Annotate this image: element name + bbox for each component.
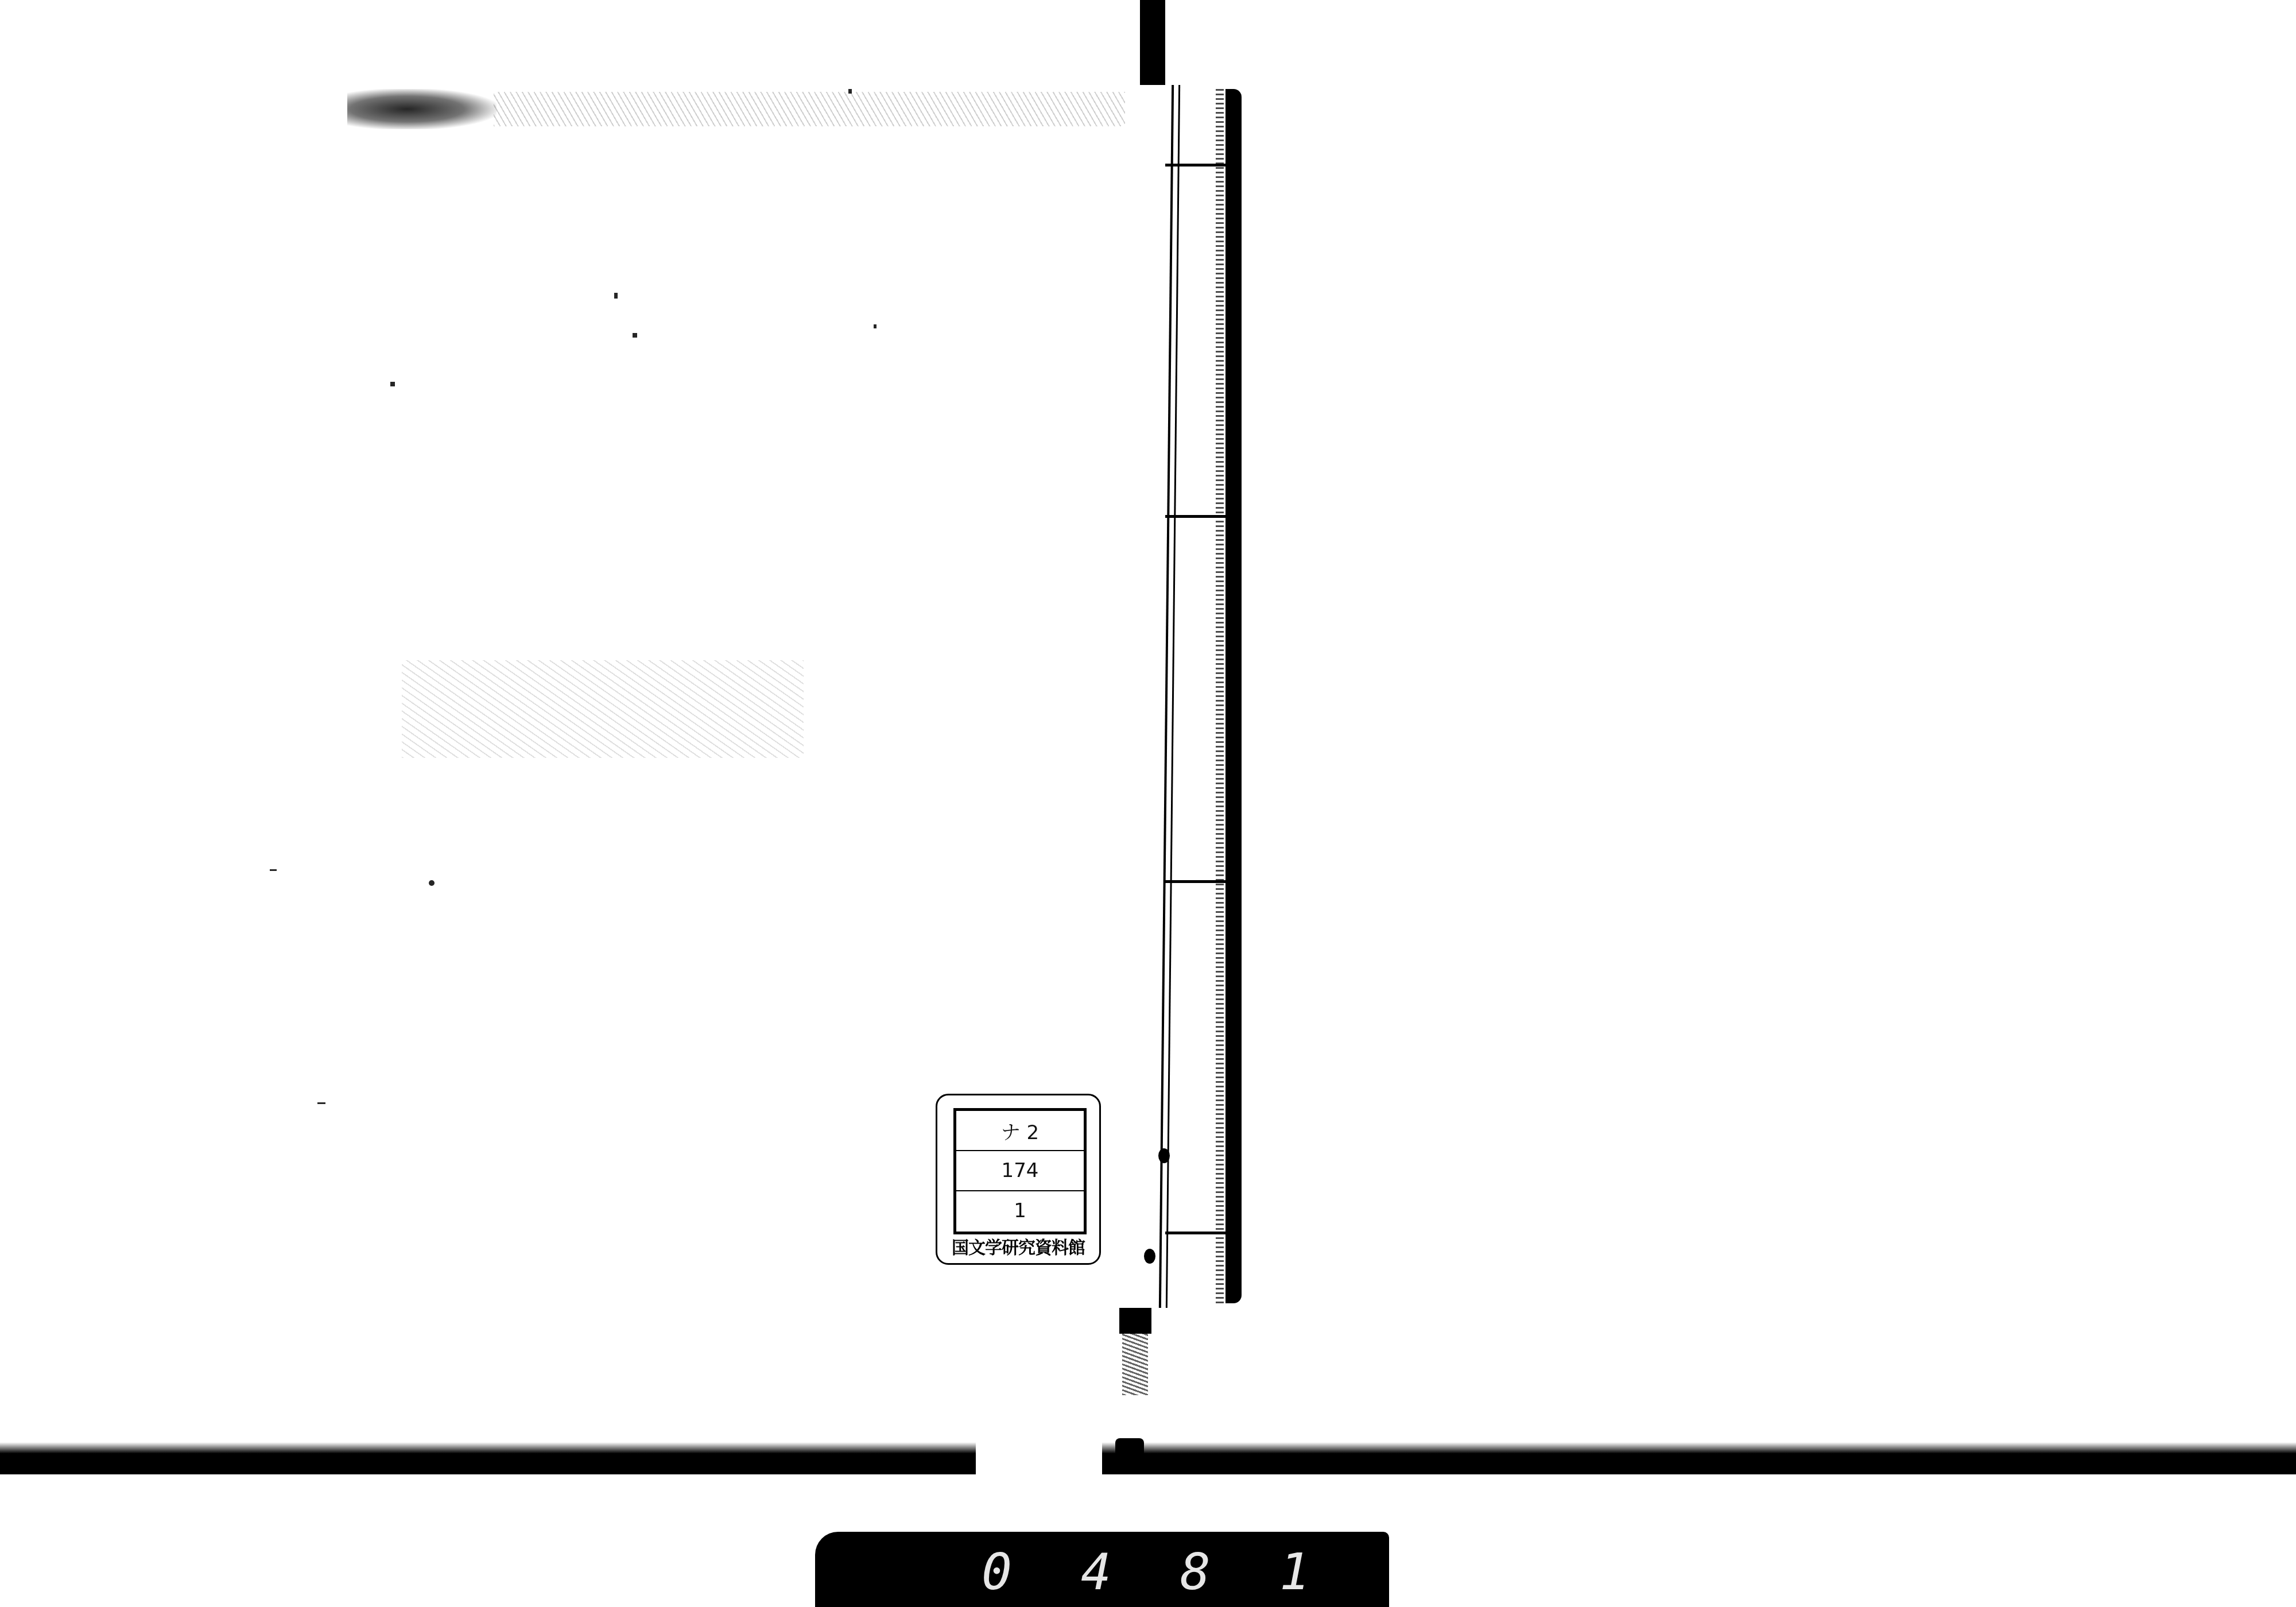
binding-stitch [1165,880,1228,883]
speck [874,324,876,328]
binding-thread-line [1166,85,1180,1308]
scanner-clamp-bottom [1119,1308,1151,1334]
call-number-row-1: ナ 2 [956,1111,1084,1151]
binding-stitch [1165,515,1228,518]
counter-digit: 1 [1279,1542,1310,1601]
speck [429,880,435,886]
speck [614,293,618,299]
call-number-row-3: 1 [956,1191,1084,1230]
spine-board [1225,89,1242,1303]
call-number-box: ナ 2 174 1 [953,1108,1087,1234]
clamp-shadow [1122,1332,1148,1395]
binding-hole [1158,1148,1170,1163]
counter-digit: 8 [1180,1542,1211,1601]
base-highlight [976,1435,1102,1476]
cover-top-wear [494,92,1125,126]
scanner-base-post [1115,1438,1144,1473]
scanner-base-edge [0,1442,2296,1474]
cover-stain [347,89,497,129]
binding-stitch [1165,164,1228,166]
call-number-row-2: 174 [956,1151,1084,1191]
counter-digit: 4 [1081,1542,1111,1601]
speck [317,1102,325,1104]
call-number-label: ナ 2 174 1 国文学研究資料館 [936,1094,1101,1265]
binding-hole [1144,1249,1155,1264]
spine-edge [1216,86,1224,1303]
speck [633,333,637,338]
institution-name: 国文学研究資料館 [941,1233,1096,1259]
frame-counter-digits: 0 4 8 1 [982,1542,1310,1601]
speck [848,89,852,94]
cover-texture [402,660,804,758]
counter-digit: 0 [982,1542,1012,1601]
speck [390,382,395,386]
scanner-clamp-top [1140,0,1165,85]
frame-counter-panel: 0 4 8 1 [815,1532,1389,1607]
binding-stitch [1165,1232,1228,1234]
speck [270,869,277,871]
